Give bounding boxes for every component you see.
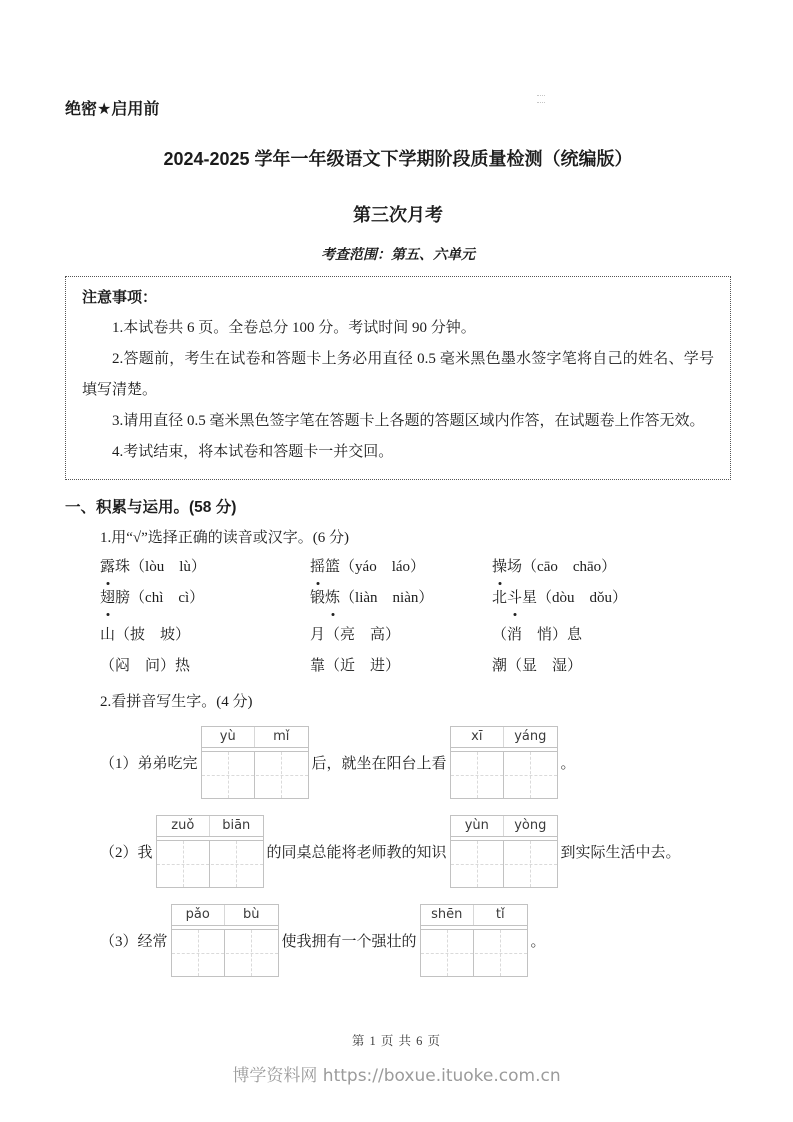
sentence-text: 到实际生活中去。 (561, 841, 681, 862)
pinyin-options: （dòu dǒu） (537, 590, 627, 606)
word-prefix: 北 (492, 590, 507, 606)
guide-line-vertical (198, 930, 199, 976)
sentence-text: （3）经常 (100, 930, 168, 951)
dotted-character: 操 (492, 552, 507, 583)
notice-box: 注意事项： 1.本试卷共 6 页。全卷总分 100 分。考试时间 90 分钟。2… (65, 276, 731, 480)
writing-box: pǎobù (171, 904, 279, 977)
guide-line-horizontal (451, 864, 557, 865)
sentence-text: （2）我 (100, 841, 153, 862)
q1-pinyin-grid: 露珠（lòu lù）摇篮（yáo láo）操场（cāo chāo）翅膀（chì … (65, 552, 731, 614)
guide-line-vertical (530, 841, 531, 887)
writing-cells (157, 841, 263, 887)
writing-box: yùnyòng (450, 815, 558, 888)
writing-box: yùmǐ (201, 726, 309, 799)
guide-line-vertical (251, 930, 252, 976)
dotted-character: 翅 (100, 583, 115, 614)
pinyin-row: xīyáng (451, 727, 557, 748)
word-prefix: 锻 (310, 590, 325, 606)
dotted-character: 斗 (507, 583, 522, 614)
pinyin-label: tǐ (474, 905, 527, 925)
pinyin-choice-item: 操场（cāo chāo） (492, 552, 731, 583)
page-number: 第 1 页 共 6 页 (0, 1031, 793, 1049)
pinyin-row: yùmǐ (202, 727, 308, 748)
pinyin-label: yòng (504, 816, 557, 836)
word-suffix: 星 (522, 590, 537, 606)
sentence-text: （1）弟弟吃完 (100, 752, 198, 773)
word-suffix: 珠 (115, 559, 130, 575)
sentence-text: 后，就坐在阳台上看 (312, 752, 447, 773)
pinyin-label: shēn (421, 905, 475, 925)
exam-page: 绝密★启用前 2024-2025 学年一年级语文下学期阶段质量检测（统编版） 第… (0, 0, 793, 1122)
writing-cells (421, 930, 527, 976)
sentence-text: 使我拥有一个强壮的 (282, 930, 417, 951)
writing-cells (451, 841, 557, 887)
pinyin-choice-item: 摇篮（yáo láo） (310, 552, 492, 583)
writing-box: shēntǐ (420, 904, 528, 977)
pinyin-options: （yáo láo） (340, 559, 425, 575)
pinyin-row: pǎobù (172, 905, 278, 926)
writing-cells (172, 930, 278, 976)
pinyin-label: mǐ (255, 727, 308, 747)
guide-line-vertical (281, 752, 282, 798)
sentence-text: 。 (531, 930, 546, 951)
exam-subtitle: 第三次月考 (65, 201, 731, 227)
guide-line-vertical (236, 841, 237, 887)
watermark-text: 博学资料网 https://boxue.ituoke.com.cn (0, 1061, 793, 1086)
guide-line-vertical (477, 752, 478, 798)
exam-title: 2024-2025 学年一年级语文下学期阶段质量检测（统编版） (65, 145, 731, 171)
writing-cells (202, 752, 308, 798)
guide-line-vertical (228, 752, 229, 798)
pinyin-choice-item: 露珠（lòu lù） (100, 552, 310, 583)
dotted-character: 炼 (325, 583, 340, 614)
pinyin-options: （liàn niàn） (340, 590, 433, 606)
word-suffix: 场 (507, 559, 522, 575)
writing-cells (451, 752, 557, 798)
q2-sentence: （1）弟弟吃完yùmǐ后，就坐在阳台上看xīyáng。 (65, 724, 731, 800)
dotted-character: 露 (100, 552, 115, 583)
char-choice-item: 山（披 坡） (100, 620, 310, 651)
writing-box: xīyáng (450, 726, 558, 799)
guide-line-vertical (183, 841, 184, 887)
pinyin-options: （lòu lù） (130, 559, 206, 575)
char-choice-item: 潮（显 湿） (492, 651, 731, 682)
pinyin-label: xī (451, 727, 505, 747)
pinyin-row: zuǒbiān (157, 816, 263, 837)
pinyin-label: yùn (451, 816, 505, 836)
pinyin-label: yù (202, 727, 256, 747)
pinyin-row: shēntǐ (421, 905, 527, 926)
char-choice-item: 月（亮 高） (310, 620, 492, 651)
pinyin-label: bù (225, 905, 278, 925)
word-suffix: 篮 (325, 559, 340, 575)
q2-sentence: （3）经常pǎobù使我拥有一个强壮的shēntǐ。 (65, 902, 731, 978)
notice-items: 1.本试卷共 6 页。全卷总分 100 分。考试时间 90 分钟。2.答题前，考… (82, 313, 714, 468)
pinyin-choice-item: 翅膀（chì cì） (100, 583, 310, 614)
pinyin-options: （chì cì） (130, 590, 204, 606)
q2-items: （1）弟弟吃完yùmǐ后，就坐在阳台上看xīyáng。（2）我zuǒbiān的同… (65, 724, 731, 978)
sentence-text: 的同桌总能将老师教的知识 (267, 841, 447, 862)
guide-line-vertical (500, 930, 501, 976)
writing-box: zuǒbiān (156, 815, 264, 888)
pinyin-choice-item: 锻炼（liàn niàn） (310, 583, 492, 614)
security-classification: 绝密★启用前 (65, 96, 731, 119)
pinyin-label: biān (210, 816, 263, 836)
sentence-text: 。 (561, 752, 576, 773)
section1-heading: 一、积累与运用。(58 分) (65, 495, 731, 517)
q1-label: 1.用“√”选择正确的读音或汉字。(6 分) (65, 526, 731, 547)
scan-smudge (537, 95, 545, 103)
pinyin-choice-item: 北斗星（dòu dǒu） (492, 583, 731, 614)
q1-char-grid: 山（披 坡）月（亮 高）（消 悄）息（闷 问）热靠（近 进）潮（显 湿） (65, 620, 731, 682)
notice-item: 2.答题前，考生在试卷和答题卡上务必用直径 0.5 毫米黑色墨水签字笔将自己的姓… (82, 344, 714, 406)
pinyin-label: yáng (504, 727, 557, 747)
guide-line-horizontal (172, 953, 278, 954)
notice-item: 4.考试结束，将本试卷和答题卡一并交回。 (82, 437, 714, 468)
q2-label: 2.看拼音写生字。(4 分) (65, 690, 731, 711)
guide-line-vertical (477, 841, 478, 887)
guide-line-vertical (530, 752, 531, 798)
notice-heading: 注意事项： (82, 282, 714, 313)
dotted-character: 摇 (310, 552, 325, 583)
char-choice-item: （闷 问）热 (100, 651, 310, 682)
word-suffix: 膀 (115, 590, 130, 606)
q2-sentence: （2）我zuǒbiān的同桌总能将老师教的知识yùnyòng到实际生活中去。 (65, 813, 731, 889)
guide-line-horizontal (157, 864, 263, 865)
exam-scope: 考查范围：第五、六单元 (65, 244, 731, 264)
pinyin-row: yùnyòng (451, 816, 557, 837)
guide-line-horizontal (202, 775, 308, 776)
pinyin-label: zuǒ (157, 816, 211, 836)
pinyin-label: pǎo (172, 905, 226, 925)
guide-line-horizontal (421, 953, 527, 954)
guide-line-horizontal (451, 775, 557, 776)
notice-item: 1.本试卷共 6 页。全卷总分 100 分。考试时间 90 分钟。 (82, 313, 714, 344)
notice-item: 3.请用直径 0.5 毫米黑色签字笔在答题卡上各题的答题区域内作答，在试题卷上作… (82, 406, 714, 437)
guide-line-vertical (447, 930, 448, 976)
char-choice-item: （消 悄）息 (492, 620, 731, 651)
char-choice-item: 靠（近 进） (310, 651, 492, 682)
pinyin-options: （cāo chāo） (522, 559, 616, 575)
